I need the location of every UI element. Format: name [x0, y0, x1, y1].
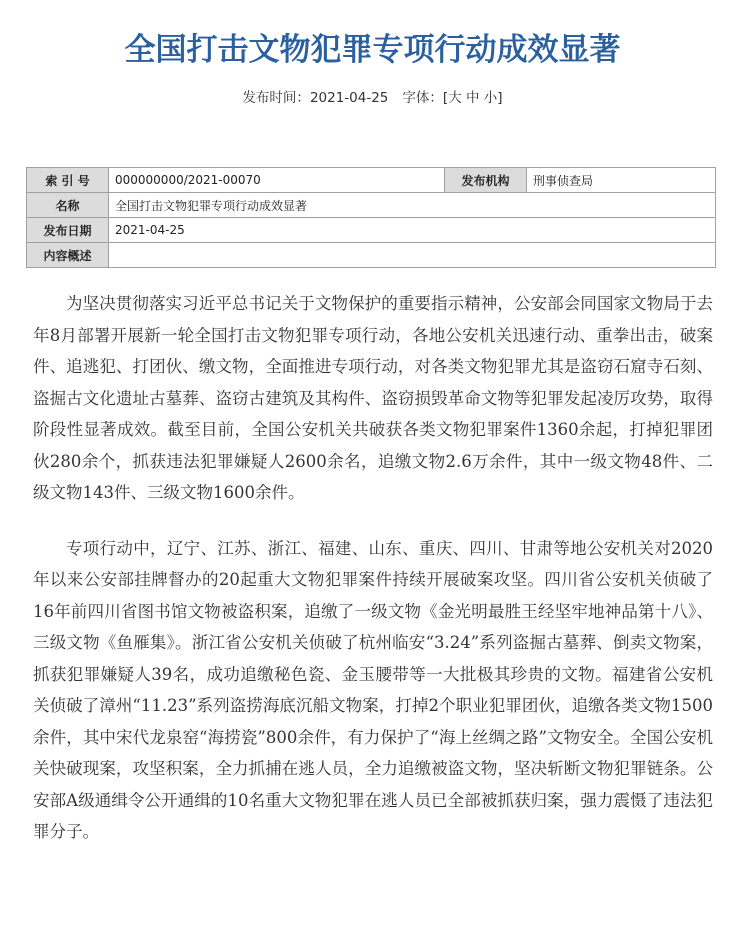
article-body: 为坚决贯彻落实习近平总书记关于文物保护的重要指示精神，公安部会同国家文物局于去年…: [33, 288, 713, 872]
font-size-label: 字体：: [402, 90, 443, 106]
date-label: 发布日期: [27, 218, 109, 243]
org-value: 刑事侦查局: [527, 168, 716, 193]
page-title: 全国打击文物犯罪专项行动成效显著: [0, 28, 745, 72]
info-row-date: 发布日期 2021-04-25: [27, 218, 716, 243]
publish-meta: 发布时间：2021-04-25字体：[大 中 小]: [0, 86, 745, 106]
article-paragraph: 为坚决贯彻落实习近平总书记关于文物保护的重要指示精神，公安部会同国家文物局于去年…: [33, 288, 713, 509]
name-value: 全国打击文物犯罪专项行动成效显著: [109, 193, 716, 218]
date-value: 2021-04-25: [109, 218, 716, 243]
name-label: 名称: [27, 193, 109, 218]
index-value: 000000000/2021-00070: [109, 168, 445, 193]
org-label: 发布机构: [445, 168, 527, 193]
font-size-small-link[interactable]: 小: [484, 90, 498, 106]
publish-time-value: 2021-04-25: [310, 90, 388, 106]
summary-value: [109, 243, 716, 268]
document-info-table: 索 引 号 000000000/2021-00070 发布机构 刑事侦查局 名称…: [26, 167, 716, 268]
font-size-large-link[interactable]: 大: [448, 90, 462, 106]
info-row-index: 索 引 号 000000000/2021-00070 发布机构 刑事侦查局: [27, 168, 716, 193]
info-row-summary: 内容概述: [27, 243, 716, 268]
info-row-name: 名称 全国打击文物犯罪专项行动成效显著: [27, 193, 716, 218]
font-size-medium-link[interactable]: 中: [466, 90, 480, 106]
font-bracket-close: ]: [497, 90, 502, 106]
summary-label: 内容概述: [27, 243, 109, 268]
index-label: 索 引 号: [27, 168, 109, 193]
article-paragraph: 专项行动中，辽宁、江苏、浙江、福建、山东、重庆、四川、甘肃等地公安机关对2020…: [33, 533, 713, 848]
publish-time-label: 发布时间：: [242, 90, 310, 106]
